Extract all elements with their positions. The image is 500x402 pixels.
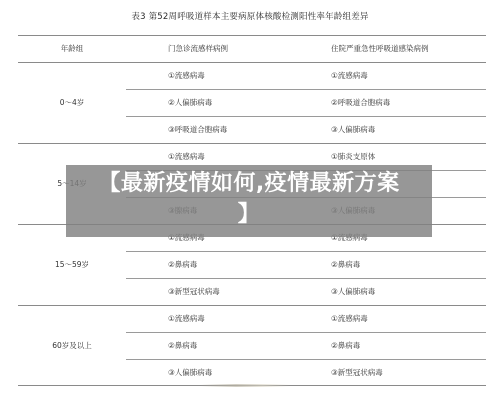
inpatient-cell: ③人偏肺病毒: [331, 278, 375, 305]
outpatient-cell: ③新型冠状病毒: [168, 278, 220, 305]
header-inpatient: 住院严重急性呼吸道感染病例: [331, 35, 429, 62]
outpatient-cell: ②人偏肺病毒: [168, 89, 212, 116]
inpatient-cell: ③人偏肺病毒: [331, 116, 375, 143]
outpatient-cell: ①流感病毒: [168, 62, 205, 89]
header-outpatient: 门急诊流感样病例: [168, 35, 228, 62]
header-age-group: 年龄组: [18, 35, 126, 62]
overlay-banner[interactable]: 【最新疫情如何,疫情最新方案 】: [66, 165, 432, 237]
image-artifact: [200, 384, 290, 387]
age-cell: 60岁及以上: [18, 305, 126, 386]
outpatient-cell: ②鼻病毒: [168, 332, 197, 359]
inpatient-cell: ③新型冠状病毒: [331, 359, 383, 386]
outpatient-cell: ①流感病毒: [168, 305, 205, 332]
inpatient-cell: ②呼吸道合胞病毒: [331, 89, 390, 116]
table-caption: 表3 第52周呼吸道样本主要病原体核酸检测阳性率年龄组差异: [0, 10, 500, 22]
inpatient-cell: ①流感病毒: [331, 62, 368, 89]
age-cell: 0～4岁: [18, 62, 126, 143]
inpatient-cell: ①流感病毒: [331, 305, 368, 332]
inpatient-cell: ②鼻病毒: [331, 332, 360, 359]
inpatient-cell: ②鼻病毒: [331, 251, 360, 278]
banner-title-line2: 】: [66, 199, 432, 230]
outpatient-cell: ③呼吸道合胞病毒: [168, 116, 227, 143]
banner-title-line1: 【最新疫情如何,疫情最新方案: [66, 168, 432, 199]
outpatient-cell: ②鼻病毒: [168, 251, 197, 278]
banner-title: 【最新疫情如何,疫情最新方案 】: [66, 168, 432, 230]
outpatient-cell: ③人偏肺病毒: [168, 359, 212, 386]
